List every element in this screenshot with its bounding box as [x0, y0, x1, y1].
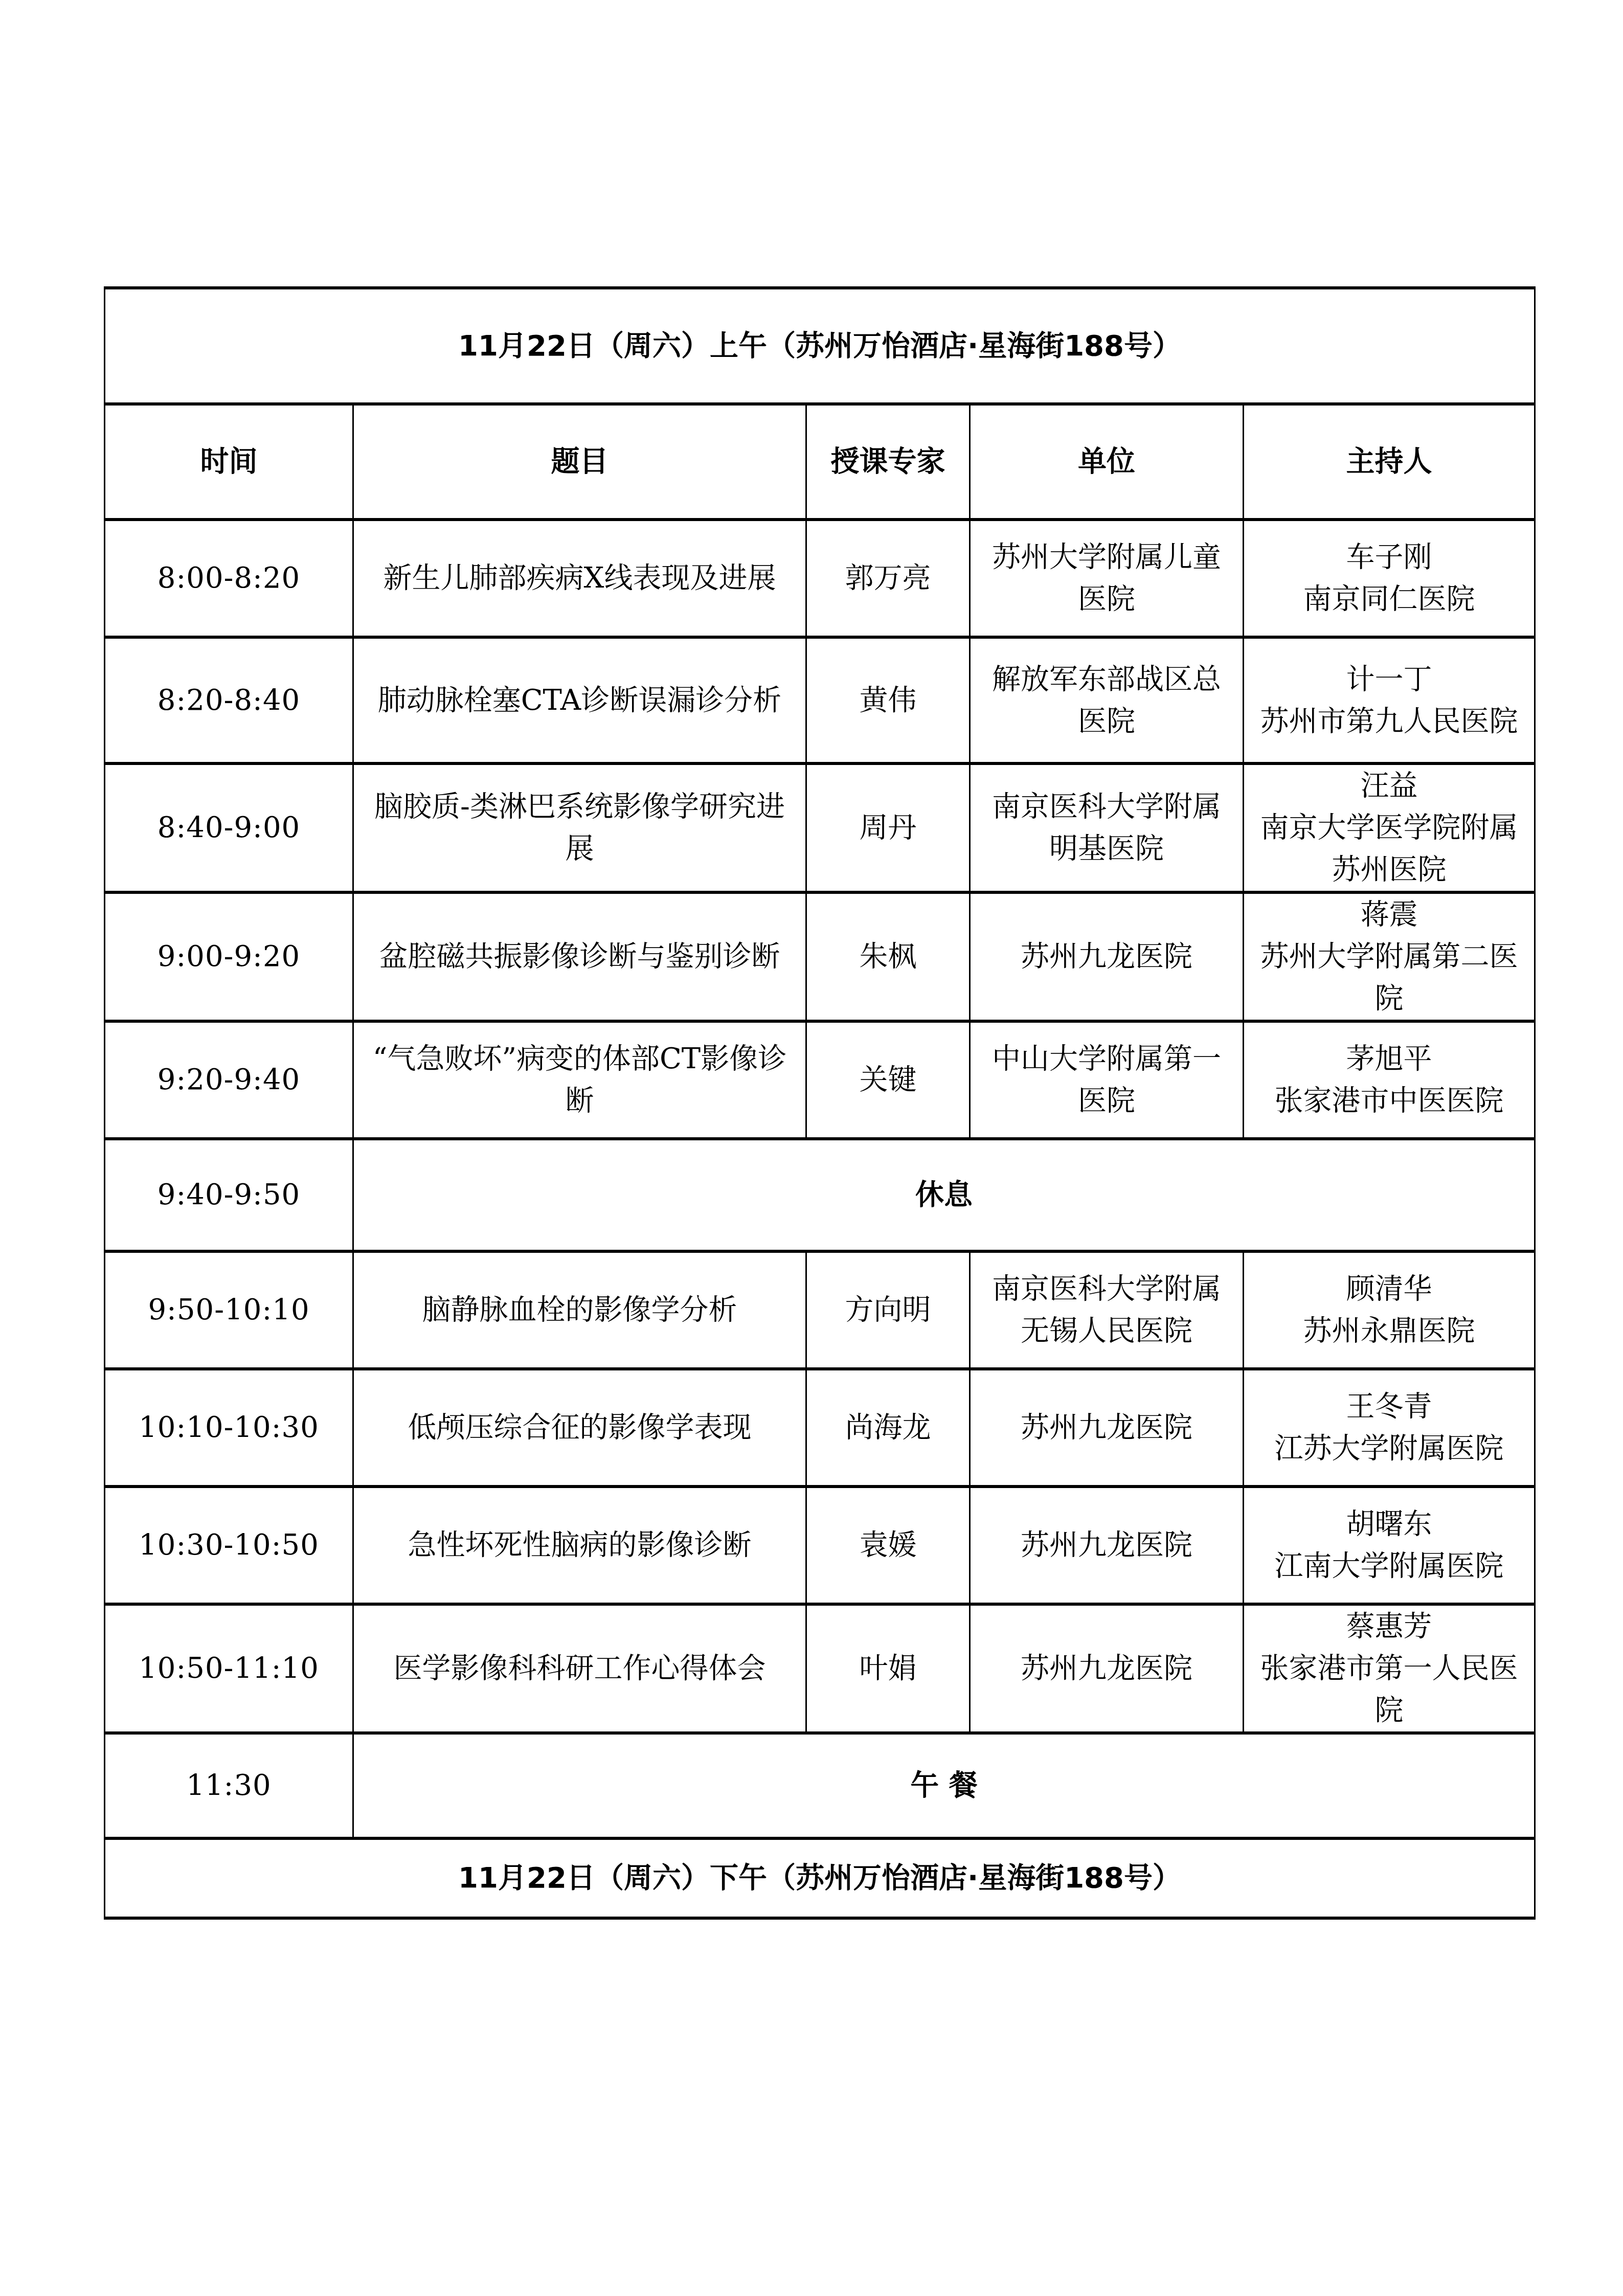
- speaker-cell: 关键: [806, 1021, 970, 1139]
- host-unit: 张家港市中医医院: [1253, 1080, 1525, 1122]
- time-cell: 8:20-8:40: [105, 637, 353, 763]
- time-cell: 9:20-9:40: [105, 1021, 353, 1139]
- host-name: 计一丁: [1253, 659, 1525, 701]
- afternoon-title-row: 11月22日（周六）下午（苏州万怡酒店·星海街188号）: [105, 1838, 1535, 1918]
- topic-cell: 医学影像科科研工作心得体会: [353, 1604, 806, 1733]
- host-unit: 江苏大学附属医院: [1253, 1428, 1525, 1470]
- time-cell: 10:10-10:30: [105, 1369, 353, 1487]
- unit-cell: 苏州大学附属儿童医院: [970, 520, 1244, 637]
- host-name: 顾清华: [1253, 1268, 1525, 1310]
- header-host: 主持人: [1244, 404, 1535, 520]
- time-cell: 8:40-9:00: [105, 763, 353, 892]
- table-row: 8:40-9:00 脑胶质-类淋巴系统影像学研究进展 周丹 南京医科大学附属明基…: [105, 763, 1535, 892]
- header-time: 时间: [105, 404, 353, 520]
- host-unit: 江南大学附属医院: [1253, 1545, 1525, 1587]
- host-name: 胡曙东: [1253, 1503, 1525, 1545]
- unit-cell: 解放军东部战区总医院: [970, 637, 1244, 763]
- host-cell: 蔡惠芳张家港市第一人民医院: [1244, 1604, 1535, 1733]
- break-row: 9:40-9:50 休息: [105, 1139, 1535, 1251]
- host-cell: 计一丁苏州市第九人民医院: [1244, 637, 1535, 763]
- unit-cell: 南京医科大学附属无锡人民医院: [970, 1251, 1244, 1369]
- morning-session-title: 11月22日（周六）上午（苏州万怡酒店·星海街188号）: [105, 288, 1535, 404]
- speaker-cell: 尚海龙: [806, 1369, 970, 1487]
- table-row: 8:20-8:40 肺动脉栓塞CTA诊断误漏诊分析 黄伟 解放军东部战区总医院 …: [105, 637, 1535, 763]
- table-row: 8:00-8:20 新生儿肺部疾病X线表现及进展 郭万亮 苏州大学附属儿童医院 …: [105, 520, 1535, 637]
- header-topic: 题目: [353, 404, 806, 520]
- unit-cell: 苏州九龙医院: [970, 1487, 1244, 1604]
- time-cell: 9:50-10:10: [105, 1251, 353, 1369]
- host-name: 蔡惠芳: [1253, 1606, 1525, 1648]
- break-time: 9:40-9:50: [105, 1139, 353, 1251]
- table-row: 10:10-10:30 低颅压综合征的影像学表现 尚海龙 苏州九龙医院 王冬青江…: [105, 1369, 1535, 1487]
- time-cell: 10:50-11:10: [105, 1604, 353, 1733]
- afternoon-session-title: 11月22日（周六）下午（苏州万怡酒店·星海街188号）: [105, 1838, 1535, 1918]
- lunch-label: 午 餐: [353, 1733, 1535, 1838]
- header-speaker: 授课专家: [806, 404, 970, 520]
- topic-cell: “气急败坏”病变的体部CT影像诊断: [353, 1021, 806, 1139]
- header-row: 时间 题目 授课专家 单位 主持人: [105, 404, 1535, 520]
- table-row: 9:20-9:40 “气急败坏”病变的体部CT影像诊断 关键 中山大学附属第一医…: [105, 1021, 1535, 1139]
- speaker-cell: 方向明: [806, 1251, 970, 1369]
- host-name: 蒋震: [1253, 894, 1525, 936]
- unit-cell: 南京医科大学附属明基医院: [970, 763, 1244, 892]
- host-unit: 南京大学医学院附属苏州医院: [1253, 807, 1525, 891]
- table-row: 10:50-11:10 医学影像科科研工作心得体会 叶娟 苏州九龙医院 蔡惠芳张…: [105, 1604, 1535, 1733]
- host-name: 茅旭平: [1253, 1038, 1525, 1080]
- host-unit: 张家港市第一人民医院: [1253, 1648, 1525, 1731]
- time-cell: 9:00-9:20: [105, 892, 353, 1021]
- unit-cell: 中山大学附属第一医院: [970, 1021, 1244, 1139]
- speaker-cell: 周丹: [806, 763, 970, 892]
- speaker-cell: 黄伟: [806, 637, 970, 763]
- host-cell: 车子刚南京同仁医院: [1244, 520, 1535, 637]
- schedule-table: 11月22日（周六）上午（苏州万怡酒店·星海街188号） 时间 题目 授课专家 …: [104, 286, 1536, 1920]
- topic-cell: 低颅压综合征的影像学表现: [353, 1369, 806, 1487]
- topic-cell: 急性坏死性脑病的影像诊断: [353, 1487, 806, 1604]
- unit-cell: 苏州九龙医院: [970, 1604, 1244, 1733]
- speaker-cell: 叶娟: [806, 1604, 970, 1733]
- host-cell: 汪益南京大学医学院附属苏州医院: [1244, 763, 1535, 892]
- table-row: 9:50-10:10 脑静脉血栓的影像学分析 方向明 南京医科大学附属无锡人民医…: [105, 1251, 1535, 1369]
- speaker-cell: 袁媛: [806, 1487, 970, 1604]
- unit-cell: 苏州九龙医院: [970, 1369, 1244, 1487]
- break-label: 休息: [353, 1139, 1535, 1251]
- time-cell: 10:30-10:50: [105, 1487, 353, 1604]
- topic-cell: 脑静脉血栓的影像学分析: [353, 1251, 806, 1369]
- header-unit: 单位: [970, 404, 1244, 520]
- topic-cell: 肺动脉栓塞CTA诊断误漏诊分析: [353, 637, 806, 763]
- unit-cell: 苏州九龙医院: [970, 892, 1244, 1021]
- speaker-cell: 朱枫: [806, 892, 970, 1021]
- host-unit: 南京同仁医院: [1253, 578, 1525, 620]
- host-cell: 顾清华苏州永鼎医院: [1244, 1251, 1535, 1369]
- speaker-cell: 郭万亮: [806, 520, 970, 637]
- topic-cell: 盆腔磁共振影像诊断与鉴别诊断: [353, 892, 806, 1021]
- host-name: 车子刚: [1253, 536, 1525, 578]
- host-unit: 苏州永鼎医院: [1253, 1310, 1525, 1352]
- time-cell: 8:00-8:20: [105, 520, 353, 637]
- host-unit: 苏州大学附属第二医院: [1253, 936, 1525, 1020]
- topic-cell: 脑胶质-类淋巴系统影像学研究进展: [353, 763, 806, 892]
- table-row: 9:00-9:20 盆腔磁共振影像诊断与鉴别诊断 朱枫 苏州九龙医院 蒋震苏州大…: [105, 892, 1535, 1021]
- host-cell: 茅旭平张家港市中医医院: [1244, 1021, 1535, 1139]
- host-cell: 胡曙东江南大学附属医院: [1244, 1487, 1535, 1604]
- host-unit: 苏州市第九人民医院: [1253, 701, 1525, 742]
- table-row: 10:30-10:50 急性坏死性脑病的影像诊断 袁媛 苏州九龙医院 胡曙东江南…: [105, 1487, 1535, 1604]
- lunch-row: 11:30 午 餐: [105, 1733, 1535, 1838]
- host-cell: 蒋震苏州大学附属第二医院: [1244, 892, 1535, 1021]
- host-name: 王冬青: [1253, 1386, 1525, 1428]
- host-name: 汪益: [1253, 765, 1525, 807]
- lunch-time: 11:30: [105, 1733, 353, 1838]
- host-cell: 王冬青江苏大学附属医院: [1244, 1369, 1535, 1487]
- topic-cell: 新生儿肺部疾病X线表现及进展: [353, 520, 806, 637]
- morning-title-row: 11月22日（周六）上午（苏州万怡酒店·星海街188号）: [105, 288, 1535, 404]
